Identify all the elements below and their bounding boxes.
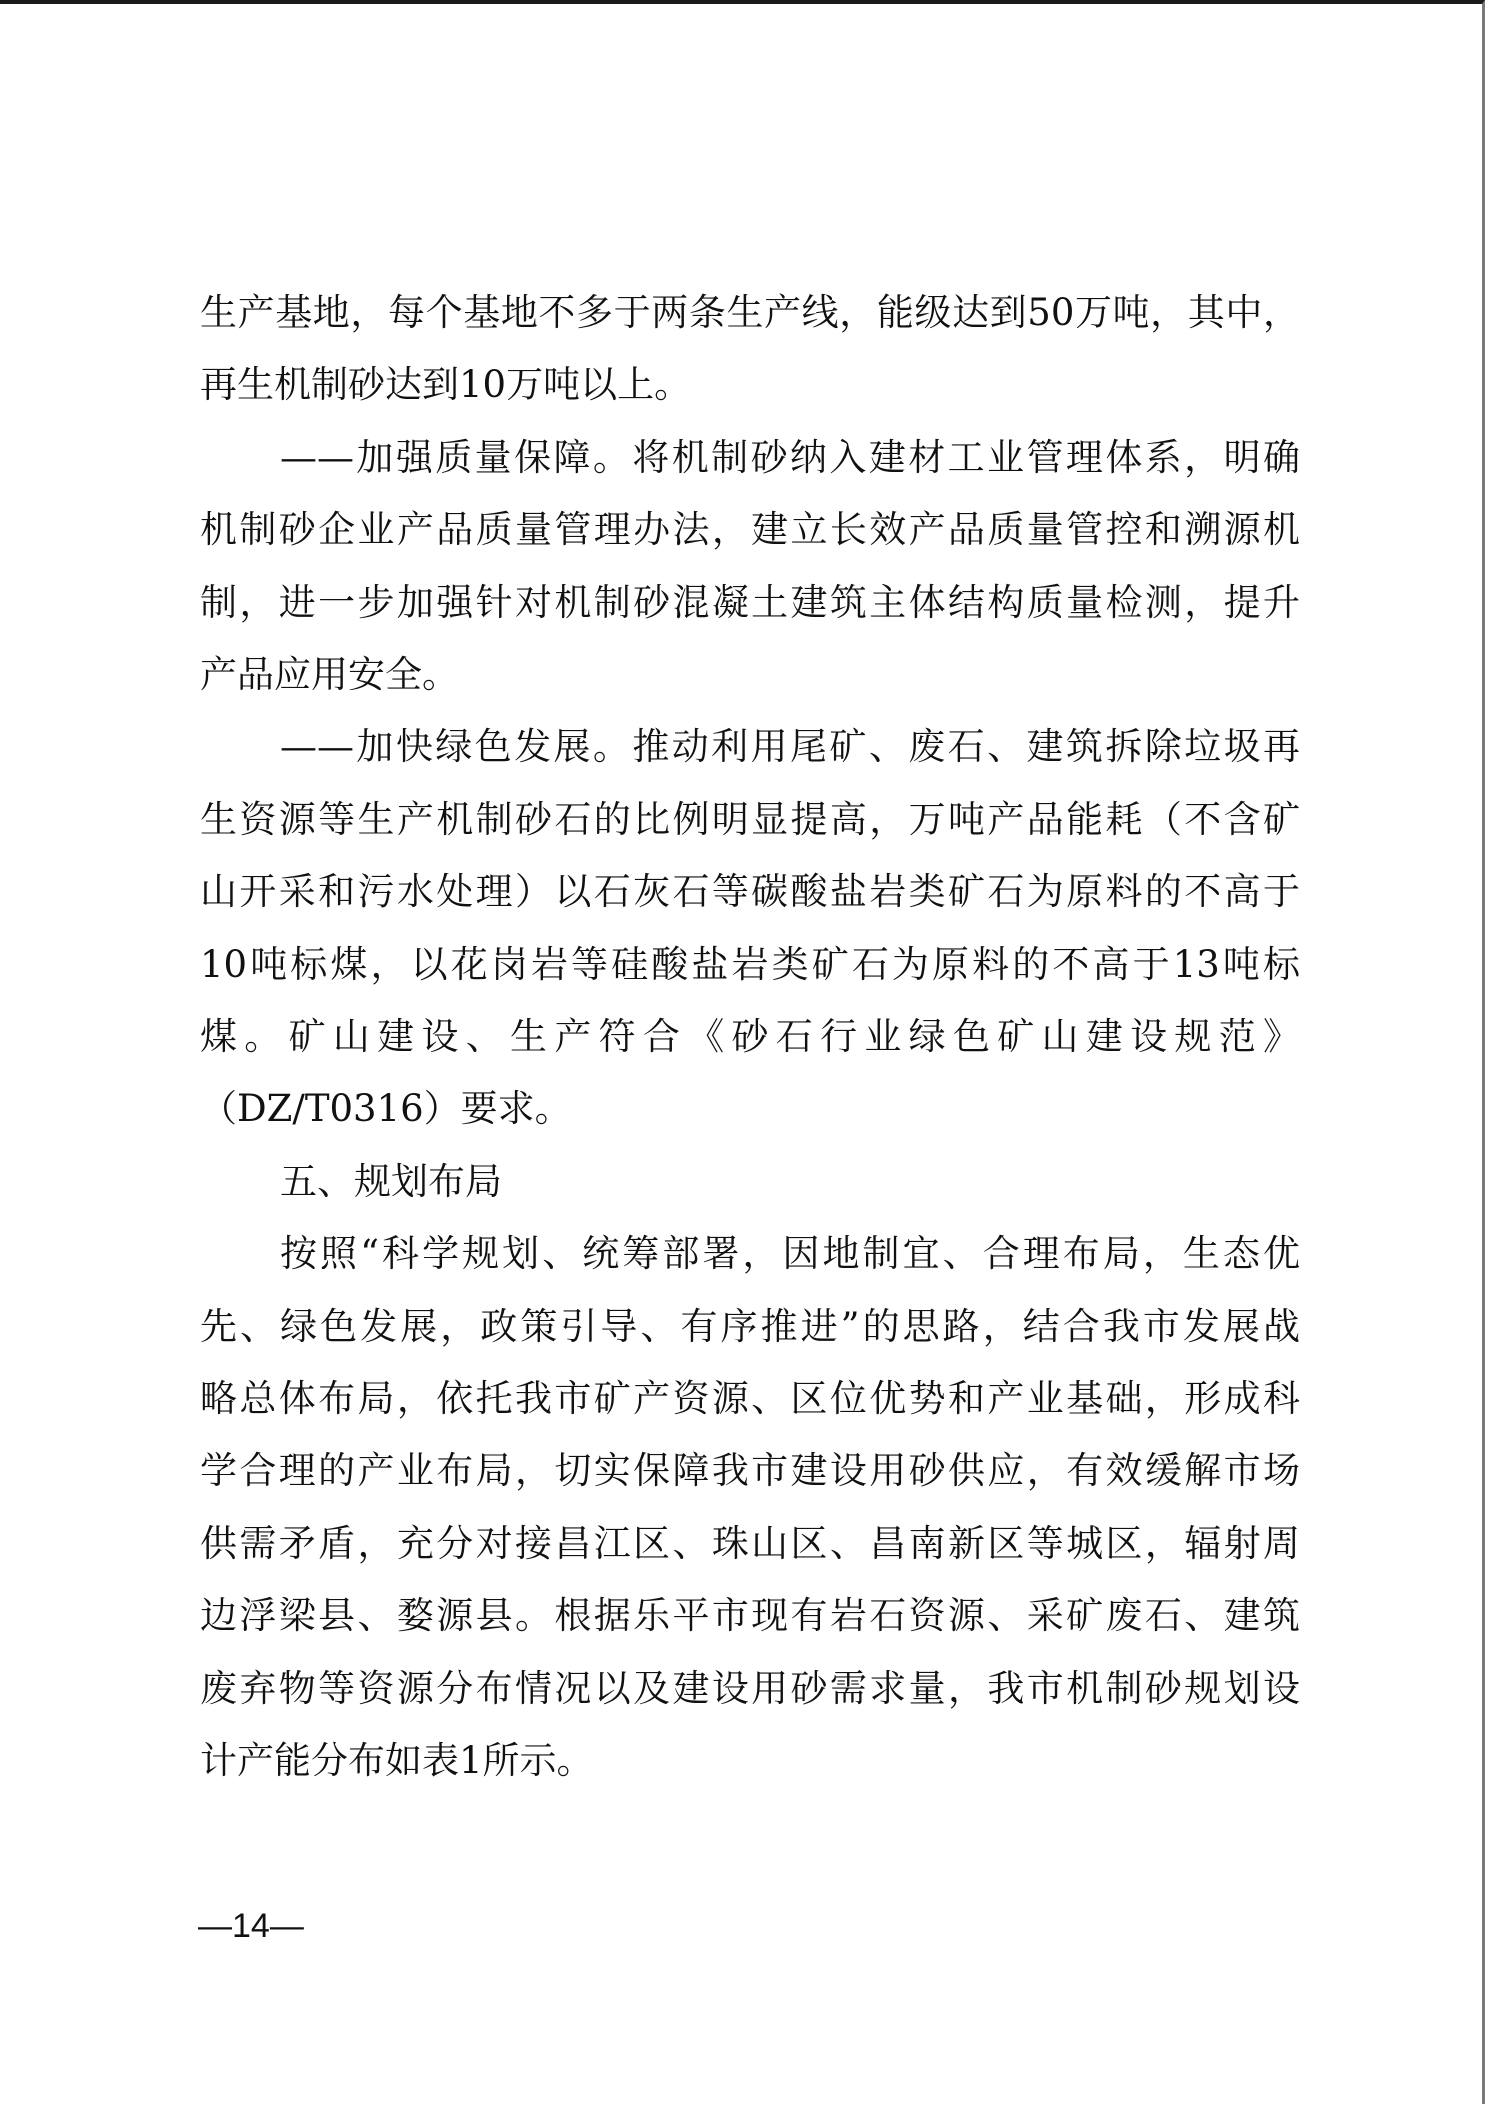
body-line: 产品应用安全。 bbox=[200, 650, 1300, 700]
body-line: 废弃物等资源分布情况以及建设用砂需求量，我市机制砂规划设 bbox=[200, 1664, 1300, 1714]
body-line: 按照“科学规划、统筹部署，因地制宜、合理布局，生态优 bbox=[280, 1229, 1300, 1279]
body-line: （DZ/T0316）要求。 bbox=[200, 1084, 1300, 1134]
body-line: 生资源等生产机制砂石的比例明显提高，万吨产品能耗（不含矿 bbox=[200, 795, 1300, 845]
document-page: 生产基地，每个基地不多于两条生产线，能级达到50万吨，其中， 再生机制砂达到10… bbox=[0, 0, 1485, 2104]
section-heading: 五、规划布局 bbox=[280, 1157, 1300, 1207]
body-line: ——加快绿色发展。推动利用尾矿、废石、建筑拆除垃圾再 bbox=[280, 722, 1300, 772]
body-line: 制，进一步加强针对机制砂混凝土建筑主体结构质量检测，提升 bbox=[200, 578, 1300, 628]
body-line: ——加强质量保障。将机制砂纳入建材工业管理体系，明确 bbox=[280, 433, 1300, 483]
body-line: 煤。矿山建设、生产符合《砂石行业绿色矿山建设规范》 bbox=[200, 1012, 1300, 1062]
body-line: 边浮梁县、婺源县。根据乐平市现有岩石资源、采矿废石、建筑 bbox=[200, 1591, 1300, 1641]
body-line: 生产基地，每个基地不多于两条生产线，能级达到50万吨，其中， bbox=[200, 288, 1300, 338]
body-line: 再生机制砂达到10万吨以上。 bbox=[200, 360, 1300, 410]
body-line: 机制砂企业产品质量管理办法，建立长效产品质量管控和溯源机 bbox=[200, 505, 1300, 555]
body-line: 计产能分布如表1所示。 bbox=[200, 1736, 1300, 1786]
body-line: 供需矛盾，充分对接昌江区、珠山区、昌南新区等城区，辐射周 bbox=[200, 1519, 1300, 1569]
body-line: 10吨标煤，以花岗岩等硅酸盐岩类矿石为原料的不高于13吨标 bbox=[200, 940, 1300, 990]
body-line: 学合理的产业布局，切实保障我市建设用砂供应，有效缓解市场 bbox=[200, 1446, 1300, 1496]
body-line: 略总体布局，依托我市矿产资源、区位优势和产业基础，形成科 bbox=[200, 1374, 1300, 1424]
page-number: —14— bbox=[198, 1906, 304, 1946]
body-line: 山开采和污水处理）以石灰石等碳酸盐岩类矿石为原料的不高于 bbox=[200, 867, 1300, 917]
body-line: 先、绿色发展，政策引导、有序推进”的思路，结合我市发展战 bbox=[200, 1302, 1300, 1352]
